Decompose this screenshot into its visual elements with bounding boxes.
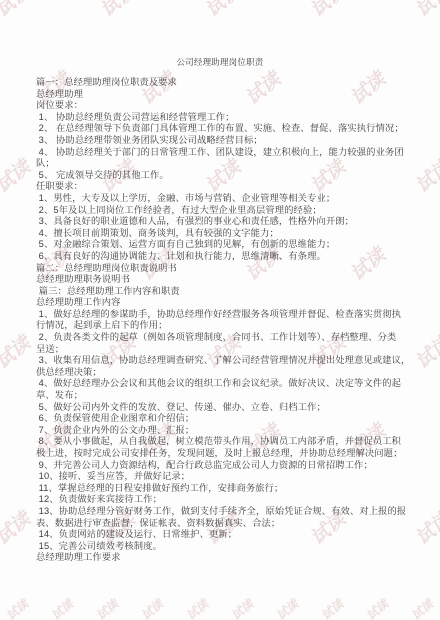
trial-read-watermark: 试读 xyxy=(409,153,440,198)
text-line: 6、负责保管使用企业图章和介绍信； xyxy=(36,413,412,425)
text-line: 15、完善公司绩效考核制度。 xyxy=(36,541,412,553)
trial-read-watermark: 试读 xyxy=(0,505,35,550)
trial-read-watermark: 试读 xyxy=(182,595,211,620)
text-line: 2、负责各类文件的起草（例如各项管理制度、合同书、工作计划等）、存档整理、分类 xyxy=(36,332,412,344)
trial-read-watermark: 试读 xyxy=(94,0,140,22)
text-line: 总经理助理职务说明书 xyxy=(36,274,412,286)
text-line: 篇二：总经理助理岗位职责说明书 xyxy=(36,263,412,275)
text-line: 总经理助理 xyxy=(36,89,412,101)
text-line: 2、 在总经理领导下负责部门具体管理工作的布置、实施、检查、督促、落实执行情况； xyxy=(36,123,412,135)
trial-read-watermark: 试读 xyxy=(0,153,35,198)
text-line: 篇三：总经理助理工作内容和职责 xyxy=(36,286,412,298)
text-line: 3、收集有用信息，协助总经理调查研究、了解公司经营管理情况并提出处理意见或建议， xyxy=(36,355,412,367)
trial-read-watermark: 试读 xyxy=(0,0,35,22)
document-body: 篇一：总经理助理岗位职责及要求总经理助理岗位要求： 1、 协助总经理负责公司营运… xyxy=(36,77,412,564)
text-line: 1、 协助总经理负责公司营运和经营管理工作； xyxy=(36,112,412,124)
text-line: 岗位要求： xyxy=(36,100,412,112)
trial-read-watermark: 试读 xyxy=(47,595,76,620)
text-line: 5、 完成领导交待的其他工作。 xyxy=(36,170,412,182)
trial-read-watermark: 试读 xyxy=(137,595,166,620)
text-line: 4、 协助总经理关于部门的日常管理工作、团队建设，建立积极向上，能力较强的业务团 xyxy=(36,147,412,159)
text-line: 1、做好总经理的参谋助手，协助总经理作好经营服务各项管理并督促、检查落实贯彻执 xyxy=(36,309,412,321)
trial-read-watermark: 试读 xyxy=(304,0,350,22)
text-line: 篇一：总经理助理岗位职责及要求 xyxy=(36,77,412,89)
document-title: 公司经理助理岗位职责 xyxy=(0,56,440,68)
text-line: 行情况，起到承上启下的作用； xyxy=(36,320,412,332)
text-line: 3、 协助总经理带领业务团队实现公司战略经营目标； xyxy=(36,135,412,147)
text-line: 8、要从小事做起，从自我做起，树立模范带头作用，协调员工内部矛盾，并督促员工积 xyxy=(36,436,412,448)
trial-read-watermark: 试读 xyxy=(2,595,31,620)
text-line: 3、具备良好的职业道德和人品，有强烈的事业心和责任感，性格外向开朗； xyxy=(36,216,412,228)
text-line: 4、做好总经理办公会议和其他会议的组织工作和会议纪录。做好决议、决定等文件的起 xyxy=(36,378,412,390)
text-line: 4、擅长项目前期策划、商务谈判，具有较强的文字能力； xyxy=(36,228,412,240)
text-line: 13、协助总经理分管好财务工作，做到支付手续齐全，原始凭证合规、有效、对上报的报 xyxy=(36,506,412,518)
text-line: 5、做好公司内外文件的发放、登记、传递、催办、立卷、归档工作； xyxy=(36,402,412,414)
text-line: 7、负责企业内外的公文办理、汇报； xyxy=(36,425,412,437)
text-line: 10、接听、妥当应答，并做好记录； xyxy=(36,471,412,483)
text-line: 总经理助理工作要求 xyxy=(36,552,412,564)
text-line: 极上进，按时完成公司安排任务，发现问题，及时上报总经理，并协助总经理解决问题； xyxy=(36,448,412,460)
trial-read-watermark: 试读 xyxy=(362,595,391,620)
text-line: 12、负责做好来宾接待工作； xyxy=(36,494,412,506)
text-line: 总经理助理工作内容 xyxy=(36,297,412,309)
trial-read-watermark: 试读 xyxy=(317,595,346,620)
text-line: 供总经理决策； xyxy=(36,367,412,379)
text-line: 11、掌握总经理的日程安排做好预约工作，安排商务旅行； xyxy=(36,483,412,495)
trial-read-watermark: 试读 xyxy=(199,0,245,22)
text-line: 6、具有良好的沟通协调能力、计划和执行能力，思维清晰、有条理。 xyxy=(36,251,412,263)
text-line: 14、负责网站的建设及运行、日常维护、更新； xyxy=(36,529,412,541)
trial-read-watermark: 试读 xyxy=(409,0,440,22)
text-line: 表、数据进行审查监督，保证帐表、资料数据真实、合法； xyxy=(36,518,412,530)
trial-read-watermark: 试读 xyxy=(409,505,440,550)
trial-read-watermark: 试读 xyxy=(0,329,35,374)
document-page: 试读试读试读试读试读试读试读试读试读试读试读试读试读试读试读试读试读试读试读试读… xyxy=(0,0,440,620)
trial-read-watermark: 试读 xyxy=(272,595,301,620)
trial-read-watermark: 试读 xyxy=(407,595,436,620)
text-line: 9、并完善公司人力资源结构，配合行政总监完成公司人力资源的日常招聘工作； xyxy=(36,460,412,472)
trial-read-watermark: 试读 xyxy=(92,595,121,620)
trial-read-watermark: 试读 xyxy=(409,329,440,374)
text-line: 任职要求： xyxy=(36,181,412,193)
text-line: 1、男性，大专及以上学历，金融、市场与营销、企业管理等相关专业； xyxy=(36,193,412,205)
text-line: 呈送； xyxy=(36,344,412,356)
text-line: 2、5年及以上同岗位工作经验者，有过大型企业里高层管理的经验； xyxy=(36,205,412,217)
trial-read-watermark: 试读 xyxy=(227,595,256,620)
text-line: 5、对金融综合策划、运营方面有自己独到的见解，有创新的思维能力； xyxy=(36,239,412,251)
text-line: 队； xyxy=(36,158,412,170)
text-line: 草、发布； xyxy=(36,390,412,402)
